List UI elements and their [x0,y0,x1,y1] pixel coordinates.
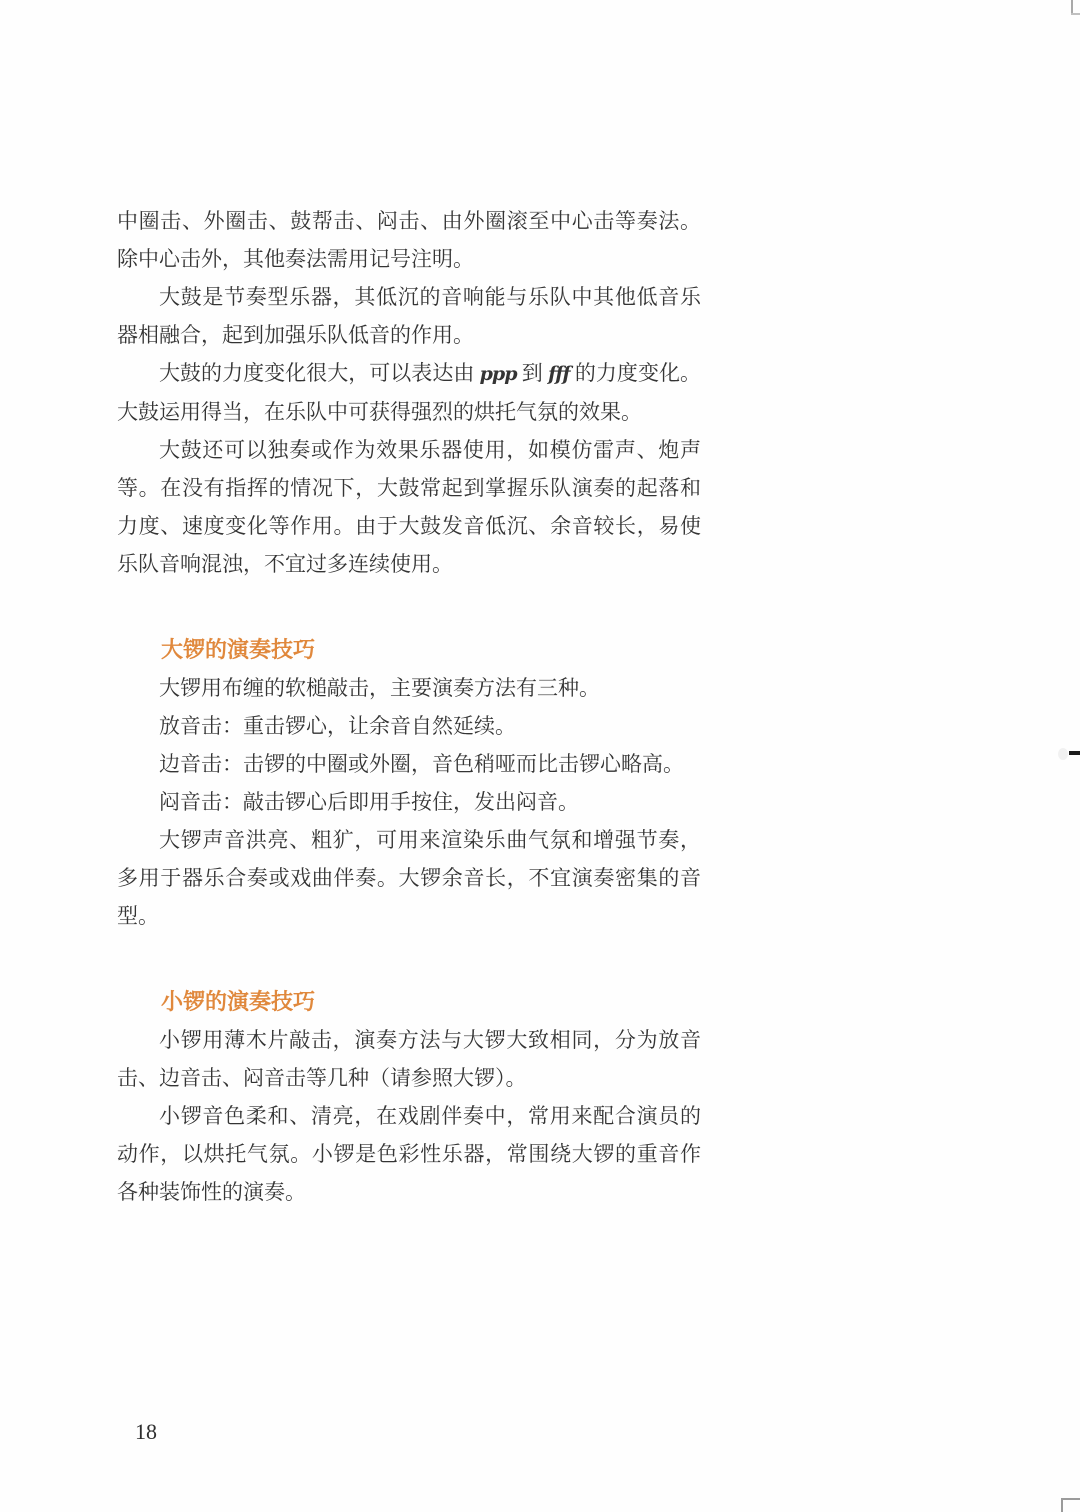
paragraph-dagu-strokes: 中圈击、外圈击、鼓帮击、闷击、由外圈滚至中心击等奏法。除中心击外，其他奏法需用记… [117,202,701,278]
dynamics-text-before: 大鼓的力度变化很大，可以表达由 [159,361,480,385]
paragraph-xiaoluo-character: 小锣音色柔和、清亮，在戏剧伴奏中，常用来配合演员的动作，以烘托气氛。小锣是色彩性… [117,1097,701,1211]
section-heading-xiaoluo: 小锣的演奏技巧 [117,983,701,1021]
paragraph-dagu-solo: 大鼓还可以独奏或作为效果乐器使用，如模仿雷声、炮声等。在没有指挥的情况下，大鼓常… [117,431,701,583]
edge-smudge [1058,748,1068,760]
paragraph-daluo-menyinji: 闷音击：敲击锣心后即用手按住，发出闷音。 [117,783,701,821]
crop-mark-bottom-right-horizontal [1061,1498,1080,1500]
crop-mark-top-right-vertical [1071,0,1073,14]
text-column: 中圈击、外圈击、鼓帮击、闷击、由外圈滚至中心击等奏法。除中心击外，其他奏法需用记… [117,202,701,1211]
crop-mark-bottom-right-vertical [1061,1498,1063,1512]
dynamic-marking-ppp: ppp [480,363,517,385]
paragraph-daluo-methods: 大锣用布缠的软槌敲击，主要演奏方法有三种。 [117,669,701,707]
paragraph-daluo-bianyinji: 边音击：击锣的中圈或外圈，音色稍哑而比击锣心略高。 [117,745,701,783]
paragraph-daluo-fangyinji: 放音击：重击锣心，让余音自然延续。 [117,707,701,745]
dynamic-marking-fff: fff [548,363,570,385]
crop-mark-top-right-horizontal [1071,13,1080,15]
section-heading-daluo: 大锣的演奏技巧 [117,631,701,669]
book-page: 中圈击、外圈击、鼓帮击、闷击、由外圈滚至中心击等奏法。除中心击外，其他奏法需用记… [0,0,1080,1512]
paragraph-dagu-rhythm: 大鼓是节奏型乐器，其低沉的音响能与乐队中其他低音乐器相融合，起到加强乐队低音的作… [117,278,701,354]
page-number: 18 [135,1418,157,1446]
paragraph-daluo-character: 大锣声音洪亮、粗犷，可用来渲染乐曲气氛和增强节奏，多用于器乐合奏或戏曲伴奏。大锣… [117,821,701,935]
paragraph-xiaoluo-methods: 小锣用薄木片敲击，演奏方法与大锣大致相同，分为放音击、边音击、闷音击等几种（请参… [117,1021,701,1097]
dynamics-text-middle: 到 [517,361,549,385]
paragraph-dagu-dynamics: 大鼓的力度变化很大，可以表达由 ppp 到 fff 的力度变化。大鼓运用得当，在… [117,354,701,431]
spine-collation-mark [1069,751,1080,755]
